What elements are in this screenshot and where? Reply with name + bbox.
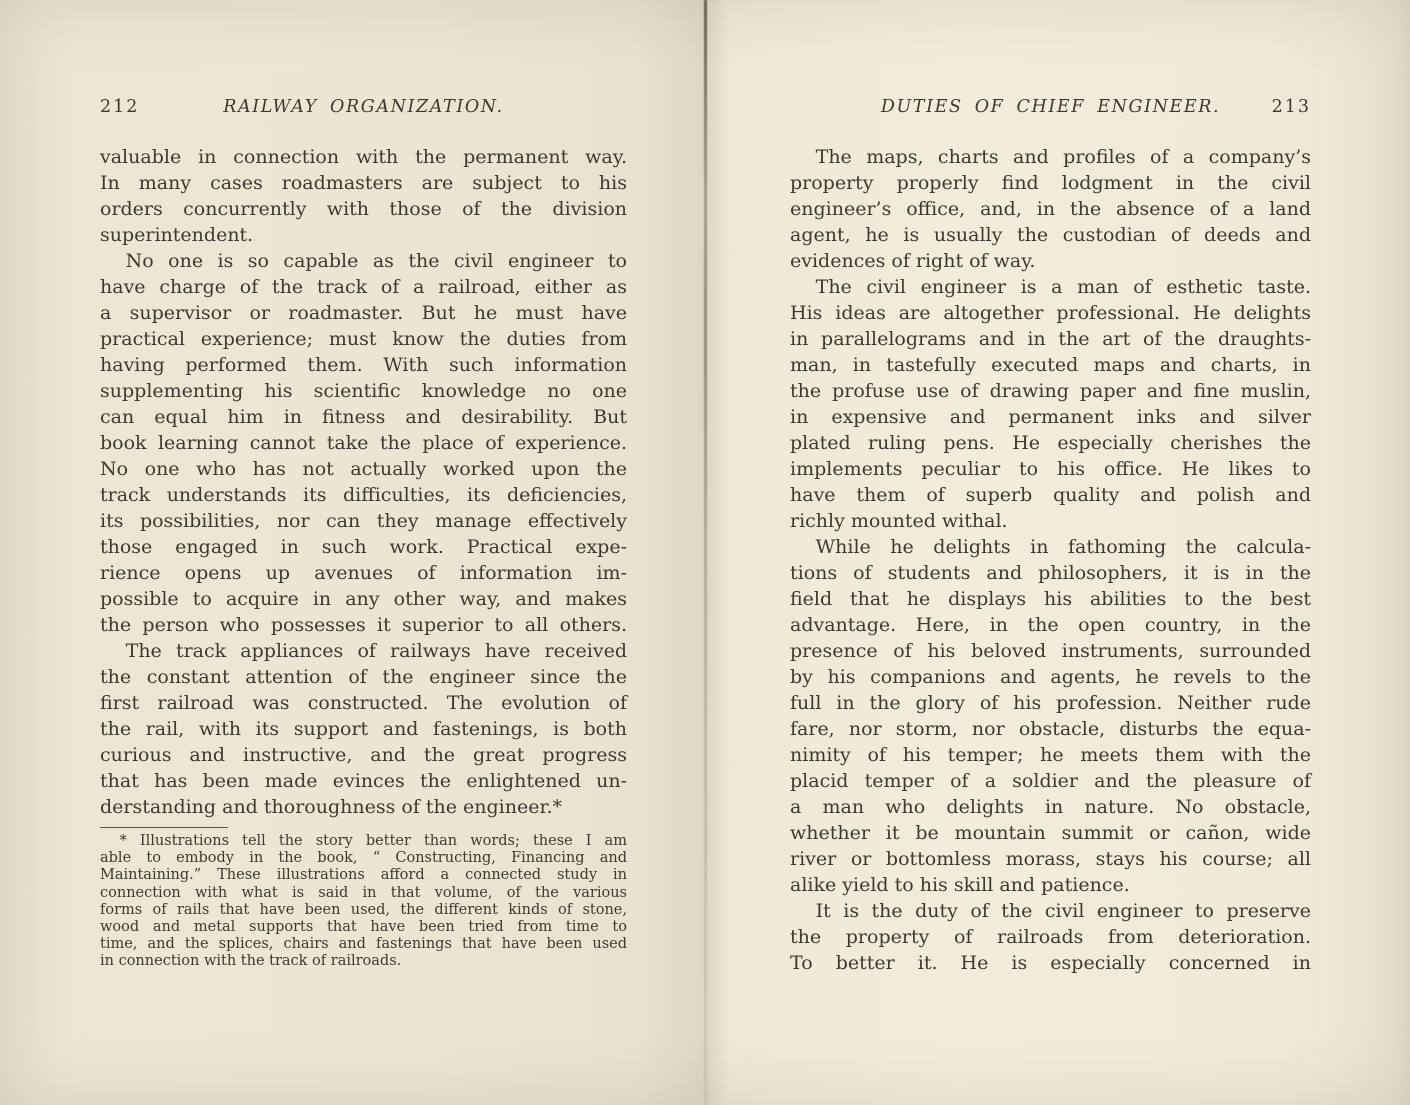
right-page: DUTIES OF CHIEF ENGINEER. 213 The maps, … bbox=[790, 97, 1311, 976]
text-line: The track appliances of railways have re… bbox=[100, 638, 627, 664]
text-line: connection with what is said in that vol… bbox=[100, 885, 627, 902]
right-running-head: DUTIES OF CHIEF ENGINEER. bbox=[790, 97, 1311, 117]
text-line: the property of railroads from deteriora… bbox=[790, 924, 1311, 950]
text-line: valuable in connection with the permanen… bbox=[100, 144, 627, 170]
text-line: No one who has not actually worked upon … bbox=[100, 456, 627, 482]
text-line: whether it be mountain summit or cañon, … bbox=[790, 820, 1311, 846]
left-running-head: RAILWAY ORGANIZATION. bbox=[100, 97, 627, 117]
text-line: Maintaining.” These illustrations afford… bbox=[100, 867, 627, 884]
text-line: placid temper of a soldier and the pleas… bbox=[790, 768, 1311, 794]
left-body-text: valuable in connection with the permanen… bbox=[100, 144, 627, 820]
text-line: curious and instructive, and the great p… bbox=[100, 742, 627, 768]
paragraph: It is the duty of the civil engineer to … bbox=[790, 898, 1311, 976]
text-line: His ideas are altogether professional. H… bbox=[790, 300, 1311, 326]
paragraph: The maps, charts and profiles of a compa… bbox=[790, 144, 1311, 274]
text-line: evidences of right of way. bbox=[790, 248, 1311, 274]
text-line: in connection with the track of railroad… bbox=[100, 953, 627, 970]
text-line: book learning cannot take the place of e… bbox=[100, 430, 627, 456]
right-body-text: The maps, charts and profiles of a compa… bbox=[790, 144, 1311, 976]
text-line: implements peculiar to his office. He li… bbox=[790, 456, 1311, 482]
text-line: property properly find lodgment in the c… bbox=[790, 170, 1311, 196]
text-line: track understands its difficulties, its … bbox=[100, 482, 627, 508]
paragraph: No one is so capable as the civil engine… bbox=[100, 248, 627, 638]
text-line: No one is so capable as the civil engine… bbox=[100, 248, 627, 274]
text-line: in expensive and permanent inks and silv… bbox=[790, 404, 1311, 430]
text-line: * Illustrations tell the story better th… bbox=[100, 833, 627, 850]
text-line: river or bottomless morass, stays his co… bbox=[790, 846, 1311, 872]
text-line: agent, he is usually the custodian of de… bbox=[790, 222, 1311, 248]
gutter-crease bbox=[704, 0, 707, 1105]
text-line: forms of rails that have been used, the … bbox=[100, 902, 627, 919]
text-line: have them of superb quality and polish a… bbox=[790, 482, 1311, 508]
footnote-rule bbox=[100, 827, 228, 828]
text-line: field that he displays his abilities to … bbox=[790, 586, 1311, 612]
text-line: the rail, with its support and fastening… bbox=[100, 716, 627, 742]
text-line: rience opens up avenues of information i… bbox=[100, 560, 627, 586]
text-line: It is the duty of the civil engineer to … bbox=[790, 898, 1311, 924]
text-line: full in the glory of his profession. Nei… bbox=[790, 690, 1311, 716]
text-line: derstanding and thoroughness of the engi… bbox=[100, 794, 627, 820]
paragraph: * Illustrations tell the story better th… bbox=[100, 833, 627, 971]
right-page-number: 213 bbox=[1272, 97, 1311, 117]
text-line: have charge of the track of a railroad, … bbox=[100, 274, 627, 300]
text-line: wood and metal supports that have been t… bbox=[100, 919, 627, 936]
text-line: practical experience; must know the duti… bbox=[100, 326, 627, 352]
text-line: its possibilities, nor can they manage e… bbox=[100, 508, 627, 534]
text-line: a man who delights in nature. No obstacl… bbox=[790, 794, 1311, 820]
text-line: a supervisor or roadmaster. But he must … bbox=[100, 300, 627, 326]
footnote: * Illustrations tell the story better th… bbox=[100, 833, 627, 971]
text-line: presence of his beloved instruments, sur… bbox=[790, 638, 1311, 664]
book-spread: 212 RAILWAY ORGANIZATION. valuable in co… bbox=[0, 0, 1410, 1105]
paragraph: While he delights in fathoming the calcu… bbox=[790, 534, 1311, 898]
text-line: can equal him in fitness and desirabilit… bbox=[100, 404, 627, 430]
text-line: the profuse use of drawing paper and fin… bbox=[790, 378, 1311, 404]
text-line: engineer’s office, and, in the absence o… bbox=[790, 196, 1311, 222]
paragraph: The civil engineer is a man of esthetic … bbox=[790, 274, 1311, 534]
text-line: To better it. He is especially concerned… bbox=[790, 950, 1311, 976]
paragraph: The track appliances of railways have re… bbox=[100, 638, 627, 820]
text-line: able to embody in the book, “ Constructi… bbox=[100, 850, 627, 867]
text-line: possible to acquire in any other way, an… bbox=[100, 586, 627, 612]
text-line: orders concurrently with those of the di… bbox=[100, 196, 627, 222]
text-line: The civil engineer is a man of esthetic … bbox=[790, 274, 1311, 300]
left-page-number: 212 bbox=[100, 97, 139, 117]
text-line: having performed them. With such informa… bbox=[100, 352, 627, 378]
text-line: tions of students and philosophers, it i… bbox=[790, 560, 1311, 586]
text-line: The maps, charts and profiles of a compa… bbox=[790, 144, 1311, 170]
text-line: plated ruling pens. He especially cheris… bbox=[790, 430, 1311, 456]
text-line: advantage. Here, in the open country, in… bbox=[790, 612, 1311, 638]
text-line: nimity of his temper; he meets them with… bbox=[790, 742, 1311, 768]
text-line: superintendent. bbox=[100, 222, 627, 248]
text-line: alike yield to his skill and patience. bbox=[790, 872, 1311, 898]
text-line: in parallelograms and in the art of the … bbox=[790, 326, 1311, 352]
text-line: first railroad was constructed. The evol… bbox=[100, 690, 627, 716]
text-line: man, in tastefully executed maps and cha… bbox=[790, 352, 1311, 378]
text-line: time, and the splices, chairs and fasten… bbox=[100, 936, 627, 953]
text-line: by his companions and agents, he revels … bbox=[790, 664, 1311, 690]
text-line: fare, nor storm, nor obstacle, disturbs … bbox=[790, 716, 1311, 742]
text-line: In many cases roadmasters are subject to… bbox=[100, 170, 627, 196]
text-line: supplementing his scientific knowledge n… bbox=[100, 378, 627, 404]
text-line: the person who possesses it superior to … bbox=[100, 612, 627, 638]
text-line: the constant attention of the engineer s… bbox=[100, 664, 627, 690]
text-line: those engaged in such work. Practical ex… bbox=[100, 534, 627, 560]
paragraph: valuable in connection with the permanen… bbox=[100, 144, 627, 248]
right-page-header: DUTIES OF CHIEF ENGINEER. 213 bbox=[790, 97, 1311, 121]
left-page: 212 RAILWAY ORGANIZATION. valuable in co… bbox=[100, 97, 627, 971]
left-page-header: 212 RAILWAY ORGANIZATION. bbox=[100, 97, 627, 121]
text-line: While he delights in fathoming the calcu… bbox=[790, 534, 1311, 560]
text-line: that has been made evinces the enlighten… bbox=[100, 768, 627, 794]
text-line: richly mounted withal. bbox=[790, 508, 1311, 534]
